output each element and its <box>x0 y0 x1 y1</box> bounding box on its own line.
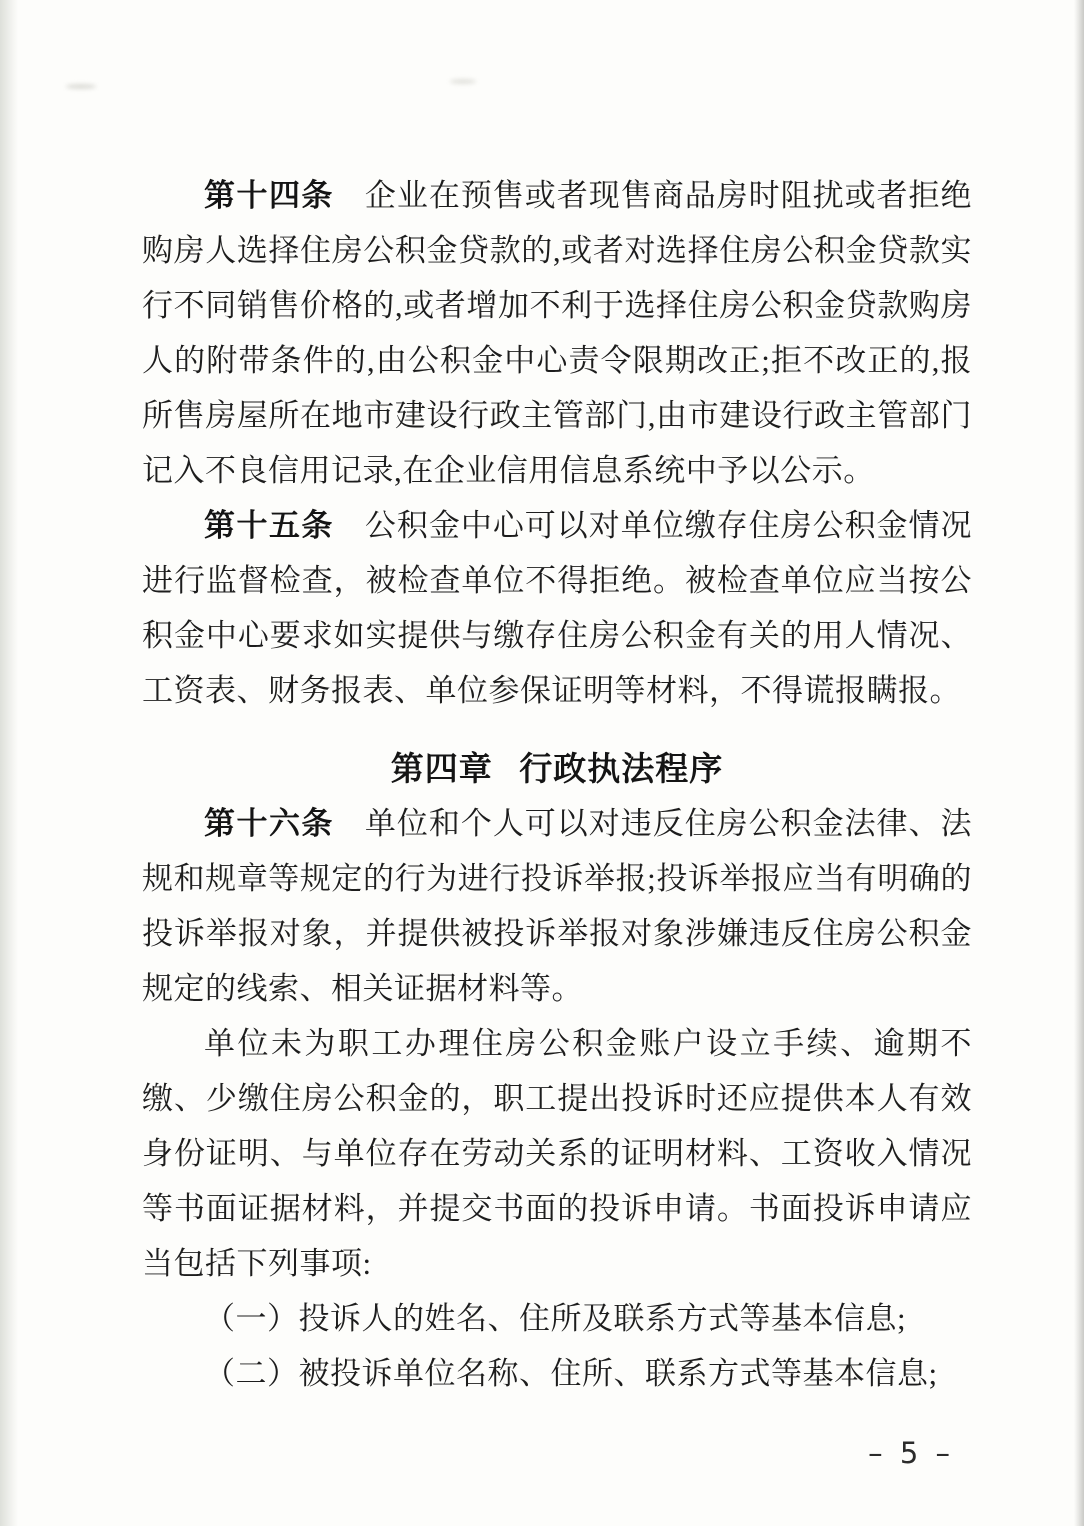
page-number: – 5 – <box>868 1436 954 1470</box>
complaint-requirements-paragraph: 单位未为职工办理住房公积金账户设立手续、逾期不缴、少缴住房公积金的，职工提出投诉… <box>142 1016 972 1291</box>
article-15-number: 第十五条 <box>204 508 334 543</box>
article-16-paragraph: 第十六条单位和个人可以对违反住房公积金法律、法规和规章等规定的行为进行投诉举报;… <box>142 796 972 1016</box>
scan-edge-left <box>0 0 18 1526</box>
article-14-paragraph: 第十四条企业在预售或者现售商品房时阻扰或者拒绝购房人选择住房公积金贷款的,或者对… <box>142 168 972 498</box>
article-15-paragraph: 第十五条公积金中心可以对单位缴存住房公积金情况进行监督检查，被检查单位不得拒绝。… <box>142 498 972 718</box>
list-item-1: （一）投诉人的姓名、住所及联系方式等基本信息; <box>142 1291 972 1346</box>
chapter-title: 行政执法程序 <box>519 750 723 787</box>
scanned-document-page: 第十四条企业在预售或者现售商品房时阻扰或者拒绝购房人选择住房公积金贷款的,或者对… <box>0 0 1084 1526</box>
chapter-heading: 第四章行政执法程序 <box>142 741 972 796</box>
scan-smudge <box>66 84 96 89</box>
article-14-number: 第十四条 <box>204 178 334 213</box>
article-16-number: 第十六条 <box>204 806 334 841</box>
scan-edge-right <box>1074 0 1084 1526</box>
scan-smudge <box>450 79 476 84</box>
chapter-label: 第四章 <box>391 750 493 787</box>
article-14-text: 企业在预售或者现售商品房时阻扰或者拒绝购房人选择住房公积金贷款的,或者对选择住房… <box>142 178 972 488</box>
list-item-2: （二）被投诉单位名称、住所、联系方式等基本信息; <box>142 1346 972 1401</box>
document-body: 第十四条企业在预售或者现售商品房时阻扰或者拒绝购房人选择住房公积金贷款的,或者对… <box>142 168 972 1401</box>
